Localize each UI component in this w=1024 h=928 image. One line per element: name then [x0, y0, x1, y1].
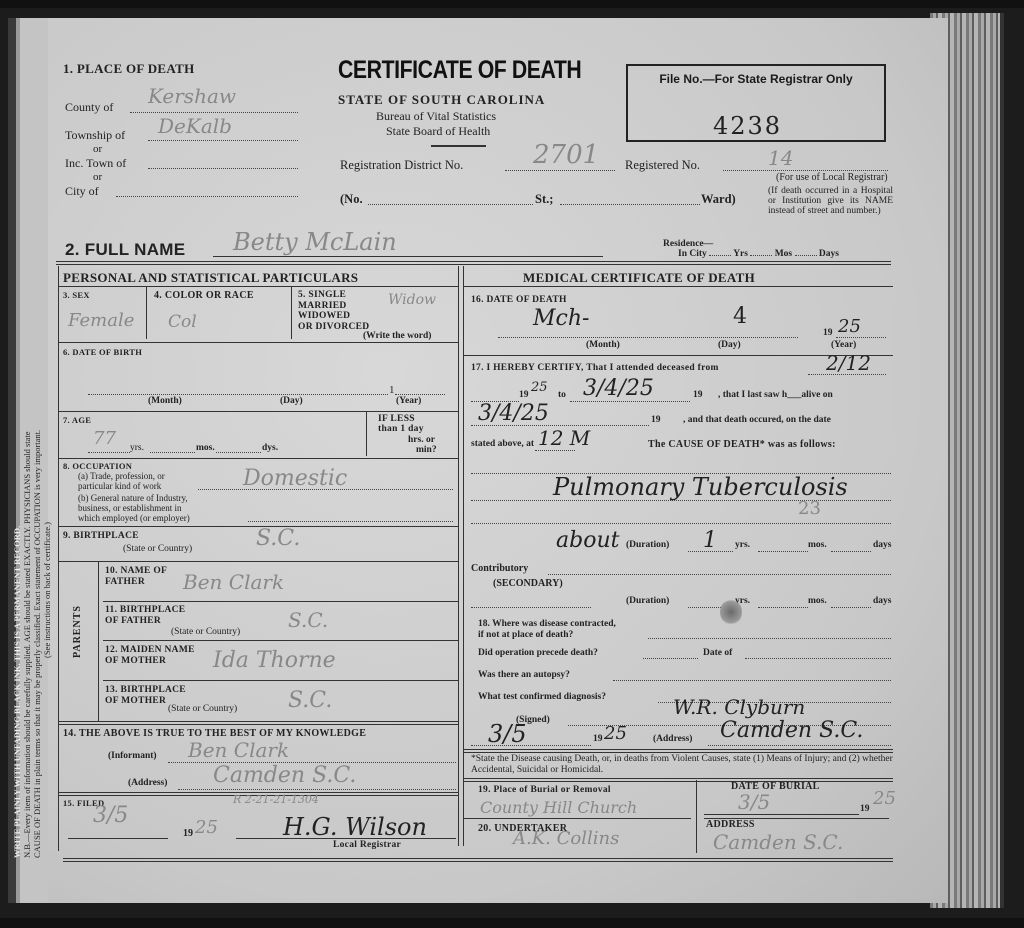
sex-value: Female — [68, 310, 134, 331]
hospital-note: (If death occurred in a Hospital or Inst… — [768, 186, 893, 216]
state-label: STATE OF SOUTH CAROLINA — [338, 92, 545, 108]
burial-place-label: 19. Place of Burial or Removal — [478, 785, 611, 795]
bureau-label: Bureau of Vital Statistics — [376, 109, 496, 124]
certify-label: 17. I HEREBY CERTIFY, That I attended de… — [471, 363, 719, 373]
attended-from-value: 2/12 — [826, 351, 871, 375]
county-label: County of — [65, 100, 113, 115]
age-value: 77 — [93, 428, 116, 449]
duration-prefix-value: about — [556, 528, 619, 553]
burial-date-value: 3/5 — [738, 790, 770, 814]
hrs-label: hrs. or — [408, 435, 435, 445]
race-value: Col — [168, 312, 197, 332]
township-value: DeKalb — [158, 114, 232, 138]
marital-value: Widow — [388, 292, 436, 308]
occupation-a-label: (a) Trade, profession, or particular kin… — [78, 471, 165, 491]
burial-year-prefix: 19 — [860, 804, 870, 814]
file-number-box: File No.—For State Registrar Only 4238 — [626, 64, 886, 142]
filed-date-value: 3/5 — [93, 803, 128, 828]
last-saw-year-prefix: 19 — [651, 415, 661, 425]
burial-year-value: 25 — [873, 788, 896, 809]
street-no-label: (No. — [340, 192, 363, 207]
death-certificate-sheet: WRITE PLAINLY WITH UNFADING BLACK INK. T… — [8, 18, 948, 903]
autopsy-label: Was there an autopsy? — [478, 670, 570, 680]
dob-day-label: (Day) — [280, 396, 303, 406]
side-note-line: (See instructions on back of certificate… — [42, 38, 52, 858]
mother-name-label: 12. MAIDEN NAME OF MOTHER — [105, 645, 195, 666]
to-label: to — [558, 390, 566, 400]
father-birthplace-value: S.C. — [288, 608, 328, 632]
birthplace-sub: (State or Country) — [123, 544, 192, 554]
side-note-line: CAUSE OF DEATH in plain terms so that it… — [32, 38, 42, 858]
secondary-mos-label: mos. — [808, 596, 827, 606]
age-dys-label: dys. — [262, 443, 278, 453]
file-number: 4238 — [713, 112, 782, 140]
signed-year-value: 25 — [604, 723, 627, 744]
death-year-label: (Year) — [831, 340, 856, 350]
attended-to-value: 3/4/25 — [583, 376, 654, 401]
full-name-label: 2. FULL NAME — [65, 240, 185, 260]
secondary-label: (SECONDARY) — [493, 578, 563, 589]
inc-town-label: Inc. Town of — [65, 156, 126, 171]
side-note-line: N.B.—Every item of information should be… — [22, 38, 32, 858]
birthplace-value: S.C. — [256, 526, 300, 551]
duration-yrs-value: 1 — [703, 528, 717, 553]
dob-label: 6. DATE OF BIRTH — [63, 347, 142, 357]
physician-signature: W.R. Clyburn — [673, 695, 805, 719]
race-label: 4. COLOR OR RACE — [154, 290, 254, 301]
sex-label: 3. SEX — [63, 290, 90, 300]
mother-name-value: Ida Thorne — [213, 648, 336, 673]
date-of-death-label: 16. DATE OF DEATH — [471, 295, 567, 305]
death-month-value: Mch- — [533, 306, 589, 331]
time-of-death-value: 12 M — [538, 426, 590, 450]
stated-above-label: stated above, at — [471, 439, 534, 449]
dob-year-prefix: 1 — [389, 384, 395, 396]
duration-yrs-label: yrs. — [735, 540, 750, 550]
secondary-days-label: days — [873, 596, 891, 606]
residence-days-label: Days — [819, 249, 839, 259]
marital-status-label: 5. SINGLE MARRIED WIDOWED OR DIVORCED — [298, 290, 369, 332]
secondary-duration-label: (Duration) — [626, 596, 669, 606]
signed-year-prefix: 19 — [593, 734, 603, 744]
medical-section-title: MEDICAL CERTIFICATE OF DEATH — [523, 270, 755, 286]
board-label: State Board of Health — [386, 124, 490, 139]
township-label: Township of — [65, 128, 125, 143]
mother-birthplace-label: 13. BIRTHPLACE OF MOTHER — [105, 685, 186, 706]
duration-label: (Duration) — [626, 540, 669, 550]
last-saw-value: 3/4/25 — [478, 401, 549, 426]
reg-district-value: 2701 — [533, 140, 599, 170]
residence-mos-label: Mos — [775, 249, 792, 259]
from-year-value: 25 — [531, 380, 548, 395]
residence-label: Residence— — [663, 239, 713, 249]
local-registrar-label: Local Registrar — [333, 840, 401, 850]
operation-label: Did operation precede death? — [478, 648, 598, 658]
ink-blot — [720, 598, 742, 626]
local-registrar-note: (For use of Local Registrar) — [776, 172, 888, 183]
age-label: 7. AGE — [63, 415, 91, 425]
registrar-stamp-note: R 2-21-21-1304 — [233, 793, 319, 806]
min-label: min? — [416, 445, 437, 455]
full-name-value: Betty McLain — [233, 228, 397, 256]
dob-year-label: (Year) — [396, 396, 421, 406]
birthplace-label: 9. BIRTHPLACE — [63, 531, 139, 541]
death-year-prefix: 19 — [823, 328, 833, 338]
father-name-label: 10. NAME OF FATHER — [105, 566, 167, 587]
cause-footnote: *State the Disease causing Death, or, in… — [471, 754, 896, 776]
cause-code: 23 — [798, 498, 821, 519]
where-contracted-label: 18. Where was disease contracted, if not… — [478, 619, 616, 641]
side-instructions: WRITE PLAINLY WITH UNFADING BLACK INK. T… — [12, 38, 52, 858]
certificate-title: CERTIFICATE OF DEATH — [338, 56, 581, 85]
occupation-value: Domestic — [243, 466, 347, 491]
filed-year-value: 25 — [195, 817, 218, 838]
operation-date-label: Date of — [703, 648, 732, 658]
mother-birthplace-sub: (State or Country) — [168, 704, 237, 714]
father-birthplace-label: 11. BIRTHPLACE OF FATHER — [105, 605, 185, 626]
occupation-label: 8. OCCUPATION — [63, 461, 132, 471]
ledger-book: WRITE PLAINLY WITH UNFADING BLACK INK. T… — [0, 8, 1024, 918]
to-year-prefix: 19 — [693, 390, 703, 400]
informant-value: Ben Clark — [188, 738, 289, 762]
death-day-label: (Day) — [718, 340, 741, 350]
physician-address-label: (Address) — [653, 734, 692, 744]
occupation-b-label: (b) General nature of Industry, business… — [78, 493, 190, 523]
father-birthplace-sub: (State or Country) — [171, 627, 240, 637]
reg-district-label: Registration District No. — [340, 158, 463, 173]
age-yrs-label: yrs. — [130, 443, 144, 453]
undertaker-address-value: Camden S.C. — [713, 830, 843, 854]
if-less-label: IF LESS than 1 day — [378, 414, 424, 434]
contributory-label: Contributory — [471, 563, 528, 574]
father-name-value: Ben Clark — [183, 570, 284, 594]
side-note-line: WRITE PLAINLY WITH UNFADING BLACK INK. T… — [12, 38, 22, 858]
informant-label: (Informant) — [108, 751, 157, 761]
parents-label: PARENTS — [72, 605, 83, 658]
informant-address-value: Camden S.C. — [213, 763, 356, 788]
age-mos-label: mos. — [196, 443, 215, 453]
or-label: or — [93, 143, 102, 155]
physician-address-value: Camden S.C. — [720, 718, 863, 743]
filed-year-prefix: 19 — [183, 828, 193, 839]
registered-label: Registered No. — [625, 158, 700, 173]
undertaker-value: A.K. Collins — [513, 828, 619, 849]
dob-month-label: (Month) — [148, 396, 182, 406]
duration-mos-label: mos. — [808, 540, 827, 550]
in-city-label: In City — [678, 249, 707, 259]
or-label: or — [93, 171, 102, 183]
signed-date-value: 3/5 — [488, 720, 527, 748]
death-month-label: (Month) — [586, 340, 620, 350]
registered-value: 14 — [768, 146, 793, 170]
duration-days-label: days — [873, 540, 891, 550]
personal-section-title: PERSONAL AND STATISTICAL PARTICULARS — [63, 270, 358, 286]
city-label: City of — [65, 184, 99, 199]
cause-label: The CAUSE OF DEATH* was as follows: — [648, 439, 836, 450]
death-occurred-label: , and that death occured, on the date — [683, 415, 831, 425]
street-label: St.; — [535, 192, 553, 207]
last-saw-label: , that I last saw h___alive on — [718, 390, 833, 400]
cause-of-death-value: Pulmonary Tuberculosis — [553, 473, 848, 501]
from-year-prefix: 19 — [519, 390, 529, 400]
place-of-death-label: 1. PLACE OF DEATH — [63, 61, 195, 77]
residence-in-city: In City Yrs Mos Days — [678, 249, 839, 259]
undertaker-address-label: ADDRESS — [706, 819, 755, 830]
death-year-value: 25 — [838, 316, 861, 337]
death-day-value: 4 — [733, 304, 747, 329]
marital-note: (Write the word) — [363, 331, 431, 341]
mother-birthplace-value: S.C. — [288, 688, 332, 713]
informant-address-label: (Address) — [128, 778, 167, 788]
test-label: What test confirmed diagnosis? — [478, 692, 606, 702]
county-value: Kershaw — [148, 84, 236, 108]
registrar-signature: H.G. Wilson — [283, 813, 427, 841]
file-box-label: File No.—For State Registrar Only — [628, 72, 884, 86]
ward-label: Ward) — [701, 192, 736, 207]
burial-place-value: County Hill Church — [480, 798, 637, 817]
residence-yrs-label: Yrs — [733, 249, 748, 259]
